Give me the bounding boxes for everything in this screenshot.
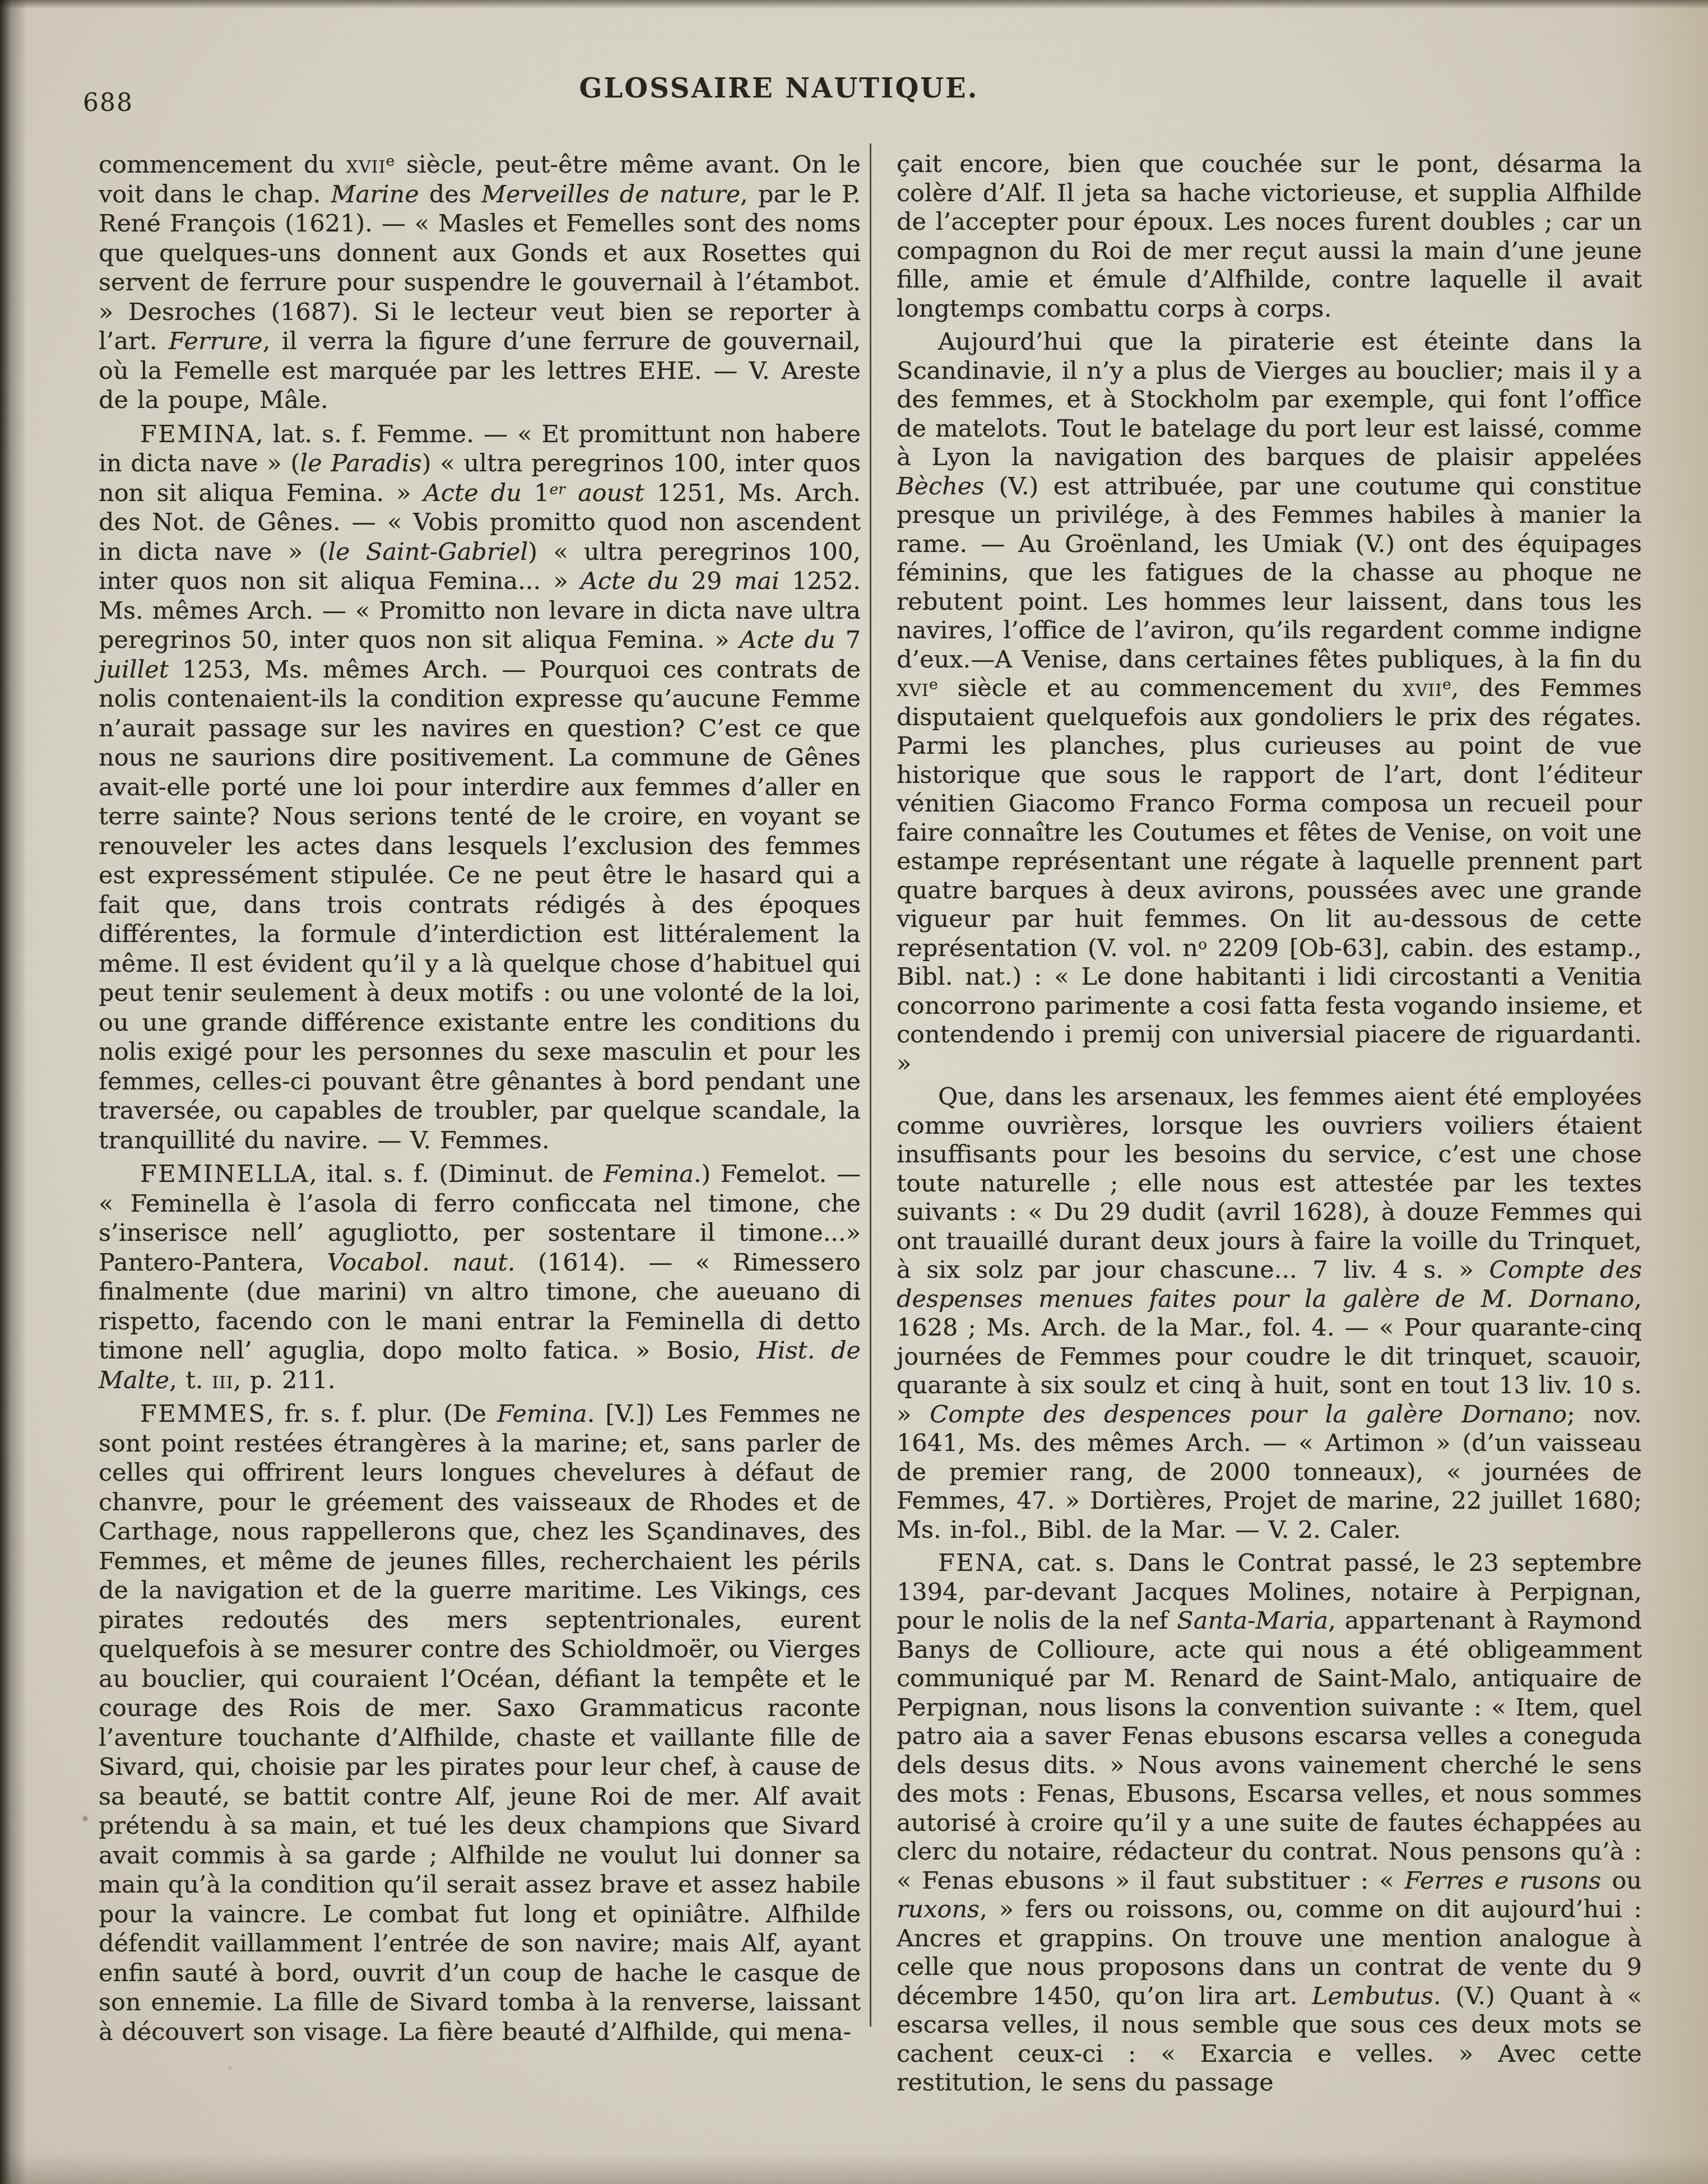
paragraph: FEMINELLA, ital. s. f. (Diminut. de Femi… bbox=[99, 1160, 861, 1395]
paragraph: FEMMES, fr. s. f. plur. (De Femina. [V.]… bbox=[99, 1399, 861, 2047]
left-column: commencement du xviie siècle, peut-être … bbox=[99, 150, 861, 2051]
running-title: GLOSSAIRE NAUTIQUE. bbox=[538, 73, 1020, 104]
paragraph: FEMINA, lat. s. f. Femme. — « Et promitt… bbox=[99, 420, 861, 1156]
paragraph: Que, dans les arsenaux, les femmes aient… bbox=[897, 1083, 1642, 1545]
paragraph: commencement du xviie siècle, peut-être … bbox=[99, 150, 861, 415]
paragraph: FENA, cat. s. Dans le Contrat passé, le … bbox=[897, 1549, 1642, 2098]
paragraph: çait encore, bien que couchée sur le pon… bbox=[897, 150, 1642, 323]
paragraph: Aujourd’hui que la piraterie est éteinte… bbox=[897, 328, 1642, 1078]
column-divider-rule bbox=[870, 143, 871, 2027]
scanned-book-page: 688 GLOSSAIRE NAUTIQUE. commencement du … bbox=[0, 0, 1708, 2184]
right-column: çait encore, bien que couchée sur le pon… bbox=[897, 150, 1642, 2102]
page-number: 688 bbox=[83, 89, 133, 117]
